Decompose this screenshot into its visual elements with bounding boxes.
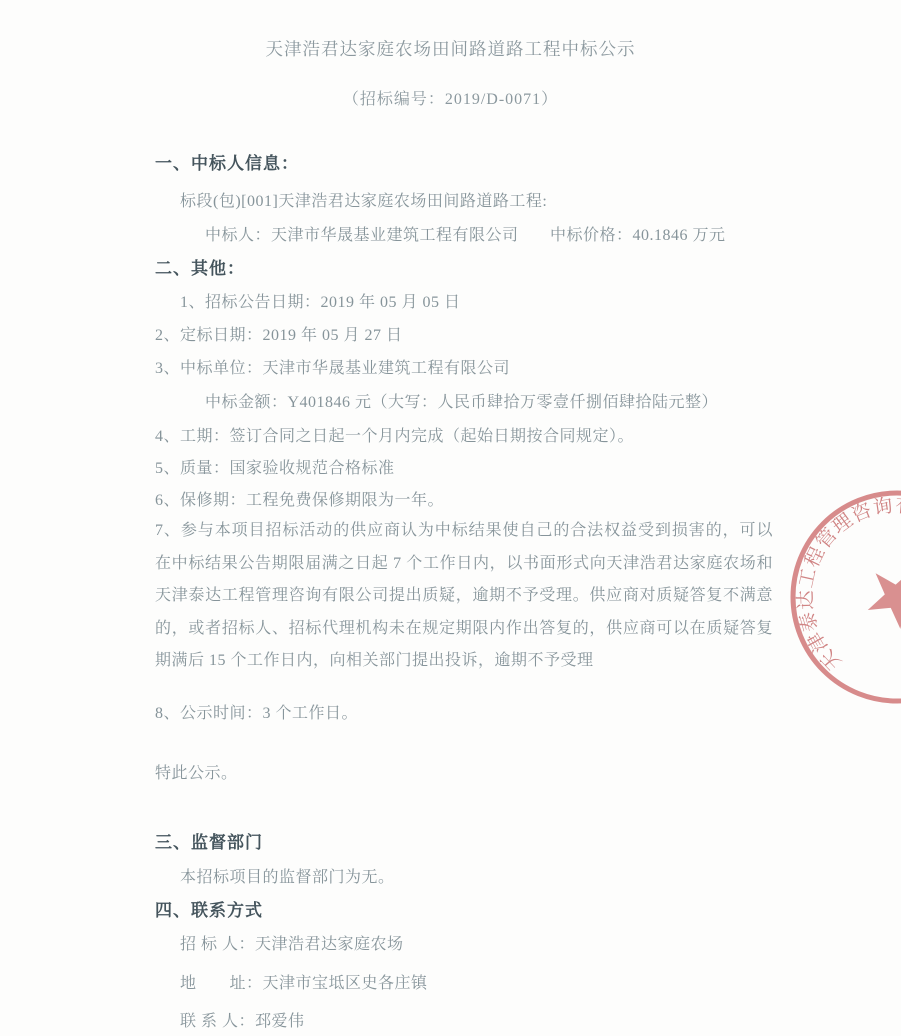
- supervision-line: 本招标项目的监督部门为无。: [180, 864, 395, 887]
- objection-paragraph: 7、参与本项目招标活动的供应商认为中标结果使自己的合法权益受到损害的，可以在中标…: [155, 515, 773, 678]
- winning-unit-line: 3、中标单位：天津市华晟基业建筑工程有限公司: [155, 355, 510, 378]
- announcement-date-line: 1、招标公告日期：2019 年 05 月 05 日: [180, 289, 461, 312]
- stamp-star-icon: [853, 553, 901, 637]
- duration-line: 4、工期：签订合同之日起一个月内完成（起始日期按合同规定）。: [155, 423, 634, 446]
- announcement-page: 天津浩君达家庭农场田间路道路工程中标公示 （招标编号：2019/D-0071） …: [0, 0, 901, 1036]
- winner-line: 中标人：天津市华晟基业建筑工程有限公司: [205, 222, 519, 245]
- publicity-period-line: 8、公示时间：3 个工作日。: [155, 700, 358, 723]
- address-line: 地 址：天津市宝坻区史各庄镇: [180, 970, 428, 993]
- stamp-ring: [793, 493, 901, 701]
- package-line: 标段(包)[001]天津浩君达家庭农场田间路道路工程:: [180, 188, 547, 211]
- page-title: 天津浩君达家庭农场田间路道路工程中标公示: [0, 36, 901, 61]
- section3-heading: 三、监督部门: [155, 828, 263, 853]
- section1-heading: 一、中标人信息：: [155, 149, 299, 174]
- stamp-group: 天津泰达工程管理咨询有限公司: [793, 493, 901, 701]
- section4-heading: 四、联系方式: [155, 896, 263, 921]
- quality-line: 5、质量：国家验收规范合格标准: [155, 455, 395, 478]
- tenderer-line: 招 标 人：天津浩君达家庭农场: [180, 931, 404, 954]
- stamp-text: 天津泰达工程管理咨询有限公司: [795, 494, 901, 673]
- tender-number-subtitle: （招标编号：2019/D-0071）: [0, 86, 901, 109]
- contact-person-line: 联 系 人：邳爱伟: [180, 1008, 305, 1031]
- price-line: 中标价格：40.1846 万元: [550, 222, 726, 245]
- closing-line: 特此公示。: [155, 760, 238, 783]
- warranty-line: 6、保修期：工程免费保修期限为一年。: [155, 487, 444, 510]
- amount-line: 中标金额：Y401846 元（大写：人民币肆拾万零壹仟捌佰肆拾陆元整）: [205, 389, 718, 412]
- section2-heading: 二、其他：: [155, 254, 245, 279]
- company-seal-stamp: 天津泰达工程管理咨询有限公司: [767, 467, 901, 727]
- award-date-line: 2、定标日期：2019 年 05 月 27 日: [155, 322, 403, 345]
